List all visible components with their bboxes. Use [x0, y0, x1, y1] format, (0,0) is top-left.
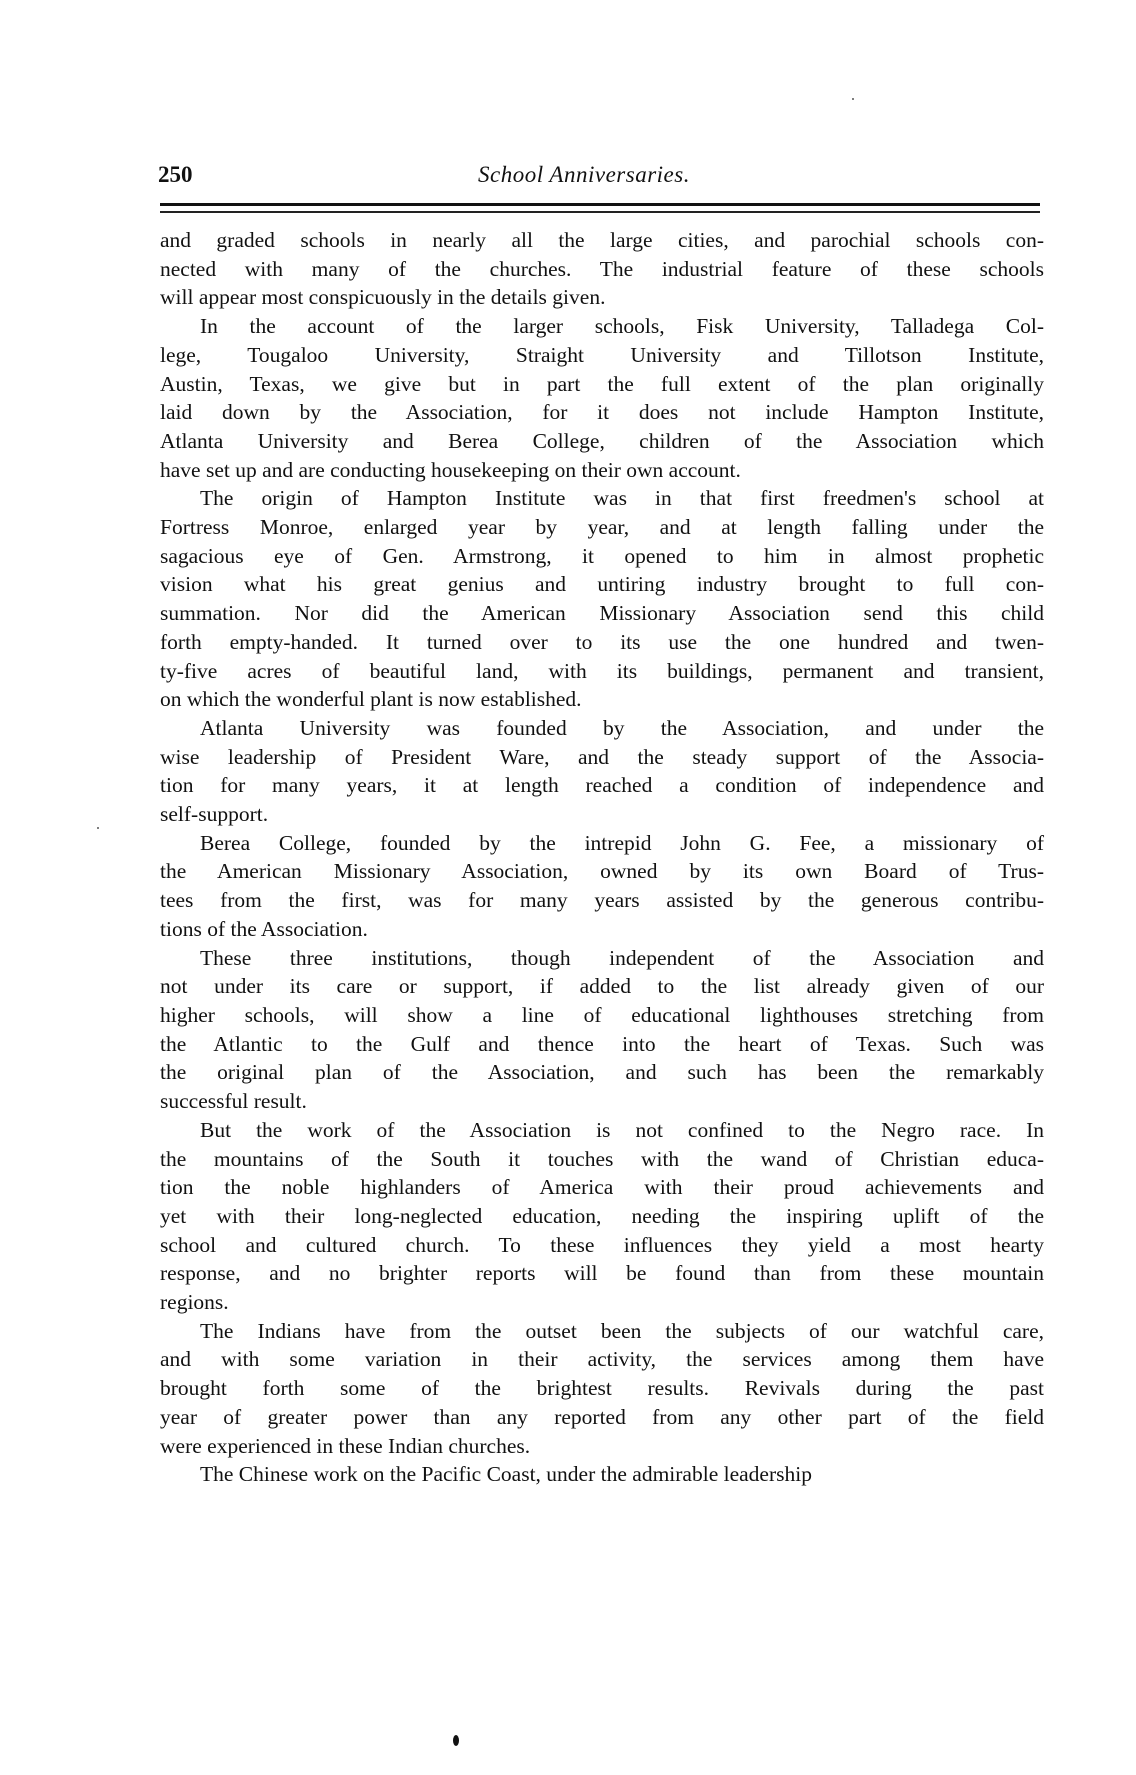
text-line: Berea College, founded by the intrepid J…: [160, 829, 1044, 858]
paragraph: In the account of the larger schools, Fi…: [160, 312, 1044, 484]
text-line: tees from the first, was for many years …: [160, 886, 1044, 915]
text-line: year of greater power than any reported …: [160, 1403, 1044, 1432]
paragraph: But the work of the Association is not c…: [160, 1116, 1044, 1317]
text-line: wise leadership of President Ware, and t…: [160, 743, 1044, 772]
page-number: 250: [158, 162, 193, 188]
text-line: ty-five acres of beautiful land, with it…: [160, 657, 1044, 686]
body-text: and graded schools in nearly all the lar…: [160, 226, 1044, 1489]
text-line: were experienced in these Indian churche…: [160, 1432, 1044, 1461]
text-line: have set up and are conducting housekeep…: [160, 456, 1044, 485]
text-line: lege, Tougaloo University, Straight Univ…: [160, 341, 1044, 370]
paragraph: and graded schools in nearly all the lar…: [160, 226, 1044, 312]
text-line: Austin, Texas, we give but in part the f…: [160, 370, 1044, 399]
paragraph: The Chinese work on the Pacific Coast, u…: [160, 1460, 1044, 1489]
text-line: school and cultured church. To these inf…: [160, 1231, 1044, 1260]
text-line: and with some variation in their activit…: [160, 1345, 1044, 1374]
text-line: vision what his great genius and untirin…: [160, 570, 1044, 599]
text-line: summation. Nor did the American Missiona…: [160, 599, 1044, 628]
text-line: nected with many of the churches. The in…: [160, 255, 1044, 284]
text-line: brought forth some of the brightest resu…: [160, 1374, 1044, 1403]
text-line: tions of the Association.: [160, 915, 1044, 944]
scan-speck: [97, 827, 99, 829]
text-line: sagacious eye of Gen. Armstrong, it open…: [160, 542, 1044, 571]
text-line: response, and no brighter reports will b…: [160, 1259, 1044, 1288]
paragraph: The Indians have from the outset been th…: [160, 1317, 1044, 1461]
text-line: regions.: [160, 1288, 1044, 1317]
text-line: and graded schools in nearly all the lar…: [160, 226, 1044, 255]
text-line: the mountains of the South it touches wi…: [160, 1145, 1044, 1174]
scan-speck: [852, 98, 854, 100]
text-line: the American Missionary Association, own…: [160, 857, 1044, 886]
text-line: successful result.: [160, 1087, 1044, 1116]
text-line: the original plan of the Association, an…: [160, 1058, 1044, 1087]
text-line: But the work of the Association is not c…: [160, 1116, 1044, 1145]
header-rule-thin: [160, 211, 1040, 213]
text-line: laid down by the Association, for it doe…: [160, 398, 1044, 427]
text-line: not under its care or support, if added …: [160, 972, 1044, 1001]
paragraph: Atlanta University was founded by the As…: [160, 714, 1044, 829]
running-title: School Anniversaries.: [478, 162, 690, 188]
page-header: 250 School Anniversaries.: [158, 162, 1038, 192]
paragraph: The origin of Hampton Institute was in t…: [160, 484, 1044, 714]
footer-ink-mark: [453, 1735, 459, 1746]
text-line: Fortress Monroe, enlarged year by year, …: [160, 513, 1044, 542]
text-line: Atlanta University was founded by the As…: [160, 714, 1044, 743]
text-line: forth empty-handed. It turned over to it…: [160, 628, 1044, 657]
paragraph: These three institutions, though indepen…: [160, 944, 1044, 1116]
text-line: The Chinese work on the Pacific Coast, u…: [160, 1460, 1044, 1489]
text-line: will appear most conspicuously in the de…: [160, 283, 1044, 312]
text-line: tion the noble highlanders of America wi…: [160, 1173, 1044, 1202]
text-line: In the account of the larger schools, Fi…: [160, 312, 1044, 341]
text-line: self-support.: [160, 800, 1044, 829]
text-line: yet with their long-neglected education,…: [160, 1202, 1044, 1231]
text-line: Atlanta University and Berea College, ch…: [160, 427, 1044, 456]
text-line: on which the wonderful plant is now esta…: [160, 685, 1044, 714]
text-line: The origin of Hampton Institute was in t…: [160, 484, 1044, 513]
header-rule-thick: [160, 203, 1040, 206]
text-line: tion for many years, it at length reache…: [160, 771, 1044, 800]
text-line: The Indians have from the outset been th…: [160, 1317, 1044, 1346]
text-line: These three institutions, though indepen…: [160, 944, 1044, 973]
text-line: the Atlantic to the Gulf and thence into…: [160, 1030, 1044, 1059]
text-line: higher schools, will show a line of educ…: [160, 1001, 1044, 1030]
paragraph: Berea College, founded by the intrepid J…: [160, 829, 1044, 944]
document-page: 250 School Anniversaries. and graded sch…: [0, 0, 1136, 1775]
